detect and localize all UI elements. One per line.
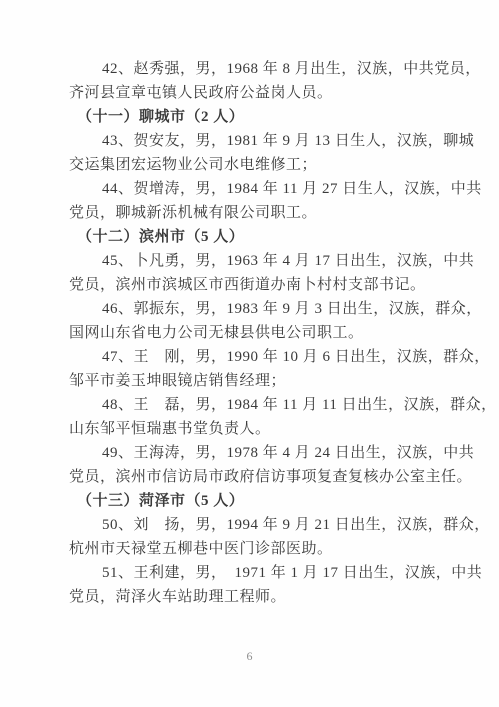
text-line: 党员，菏泽火车站助理工程师。: [69, 585, 481, 609]
text-line: 42、赵秀强，男，1968 年 8 月出生，汉族，中共党员，: [69, 57, 481, 81]
section-heading: （十三）菏泽市（5 人）: [69, 489, 481, 513]
text-line: 43、贺安友，男，1981 年 9 月 13 日生人，汉族，聊城: [69, 129, 481, 153]
page-number: 6: [0, 648, 499, 664]
text-line: 党员，聊城新泺机械有限公司职工。: [69, 201, 481, 225]
section-heading: （十一）聊城市（2 人）: [69, 105, 481, 129]
text-line: 47、王 刚，男，1990 年 10 月 6 日出生，汉族，群众，: [69, 345, 481, 369]
text-line: 邹平市姜玉坤眼镜店销售经理；: [69, 369, 481, 393]
text-line: 44、贺增涛，男，1984 年 11 月 27 日生人，汉族，中共: [69, 177, 481, 201]
text-line: 50、刘 扬，男，1994 年 9 月 21 日出生，汉族，群众，: [69, 513, 481, 537]
text-line: 51、王利建，男， 1971 年 1 月 17 日出生，汉族，中共: [69, 561, 481, 585]
text-line: 48、王 磊，男，1984 年 11 月 11 日出生，汉族，群众，: [69, 393, 481, 417]
document-page: 42、赵秀强，男，1968 年 8 月出生，汉族，中共党员，齐河县宣章屯镇人民政…: [0, 0, 499, 707]
text-line: 党员，滨州市信访局市政府信访事项复查复核办公室主任。: [69, 465, 481, 489]
text-line: 45、卜凡勇，男，1963 年 4 月 17 日出生，汉族，中共: [69, 249, 481, 273]
text-line: 46、郭振东，男，1983 年 9 月 3 日出生，汉族，群众，: [69, 297, 481, 321]
document-body: 42、赵秀强，男，1968 年 8 月出生，汉族，中共党员，齐河县宣章屯镇人民政…: [69, 57, 481, 609]
text-line: 杭州市天禄堂五柳巷中医门诊部医助。: [69, 537, 481, 561]
text-line: 交运集团宏运物业公司水电维修工；: [69, 153, 481, 177]
text-line: 山东邹平恒瑞惠书堂负责人。: [69, 417, 481, 441]
text-line: 国网山东省电力公司无棣县供电公司职工。: [69, 321, 481, 345]
text-line: 49、王海涛，男，1978 年 4 月 24 日出生，汉族，中共: [69, 441, 481, 465]
section-heading: （十二）滨州市（5 人）: [69, 225, 481, 249]
text-line: 党员，滨州市滨城区市西街道办南卜村村支部书记。: [69, 273, 481, 297]
text-line: 齐河县宣章屯镇人民政府公益岗人员。: [69, 81, 481, 105]
